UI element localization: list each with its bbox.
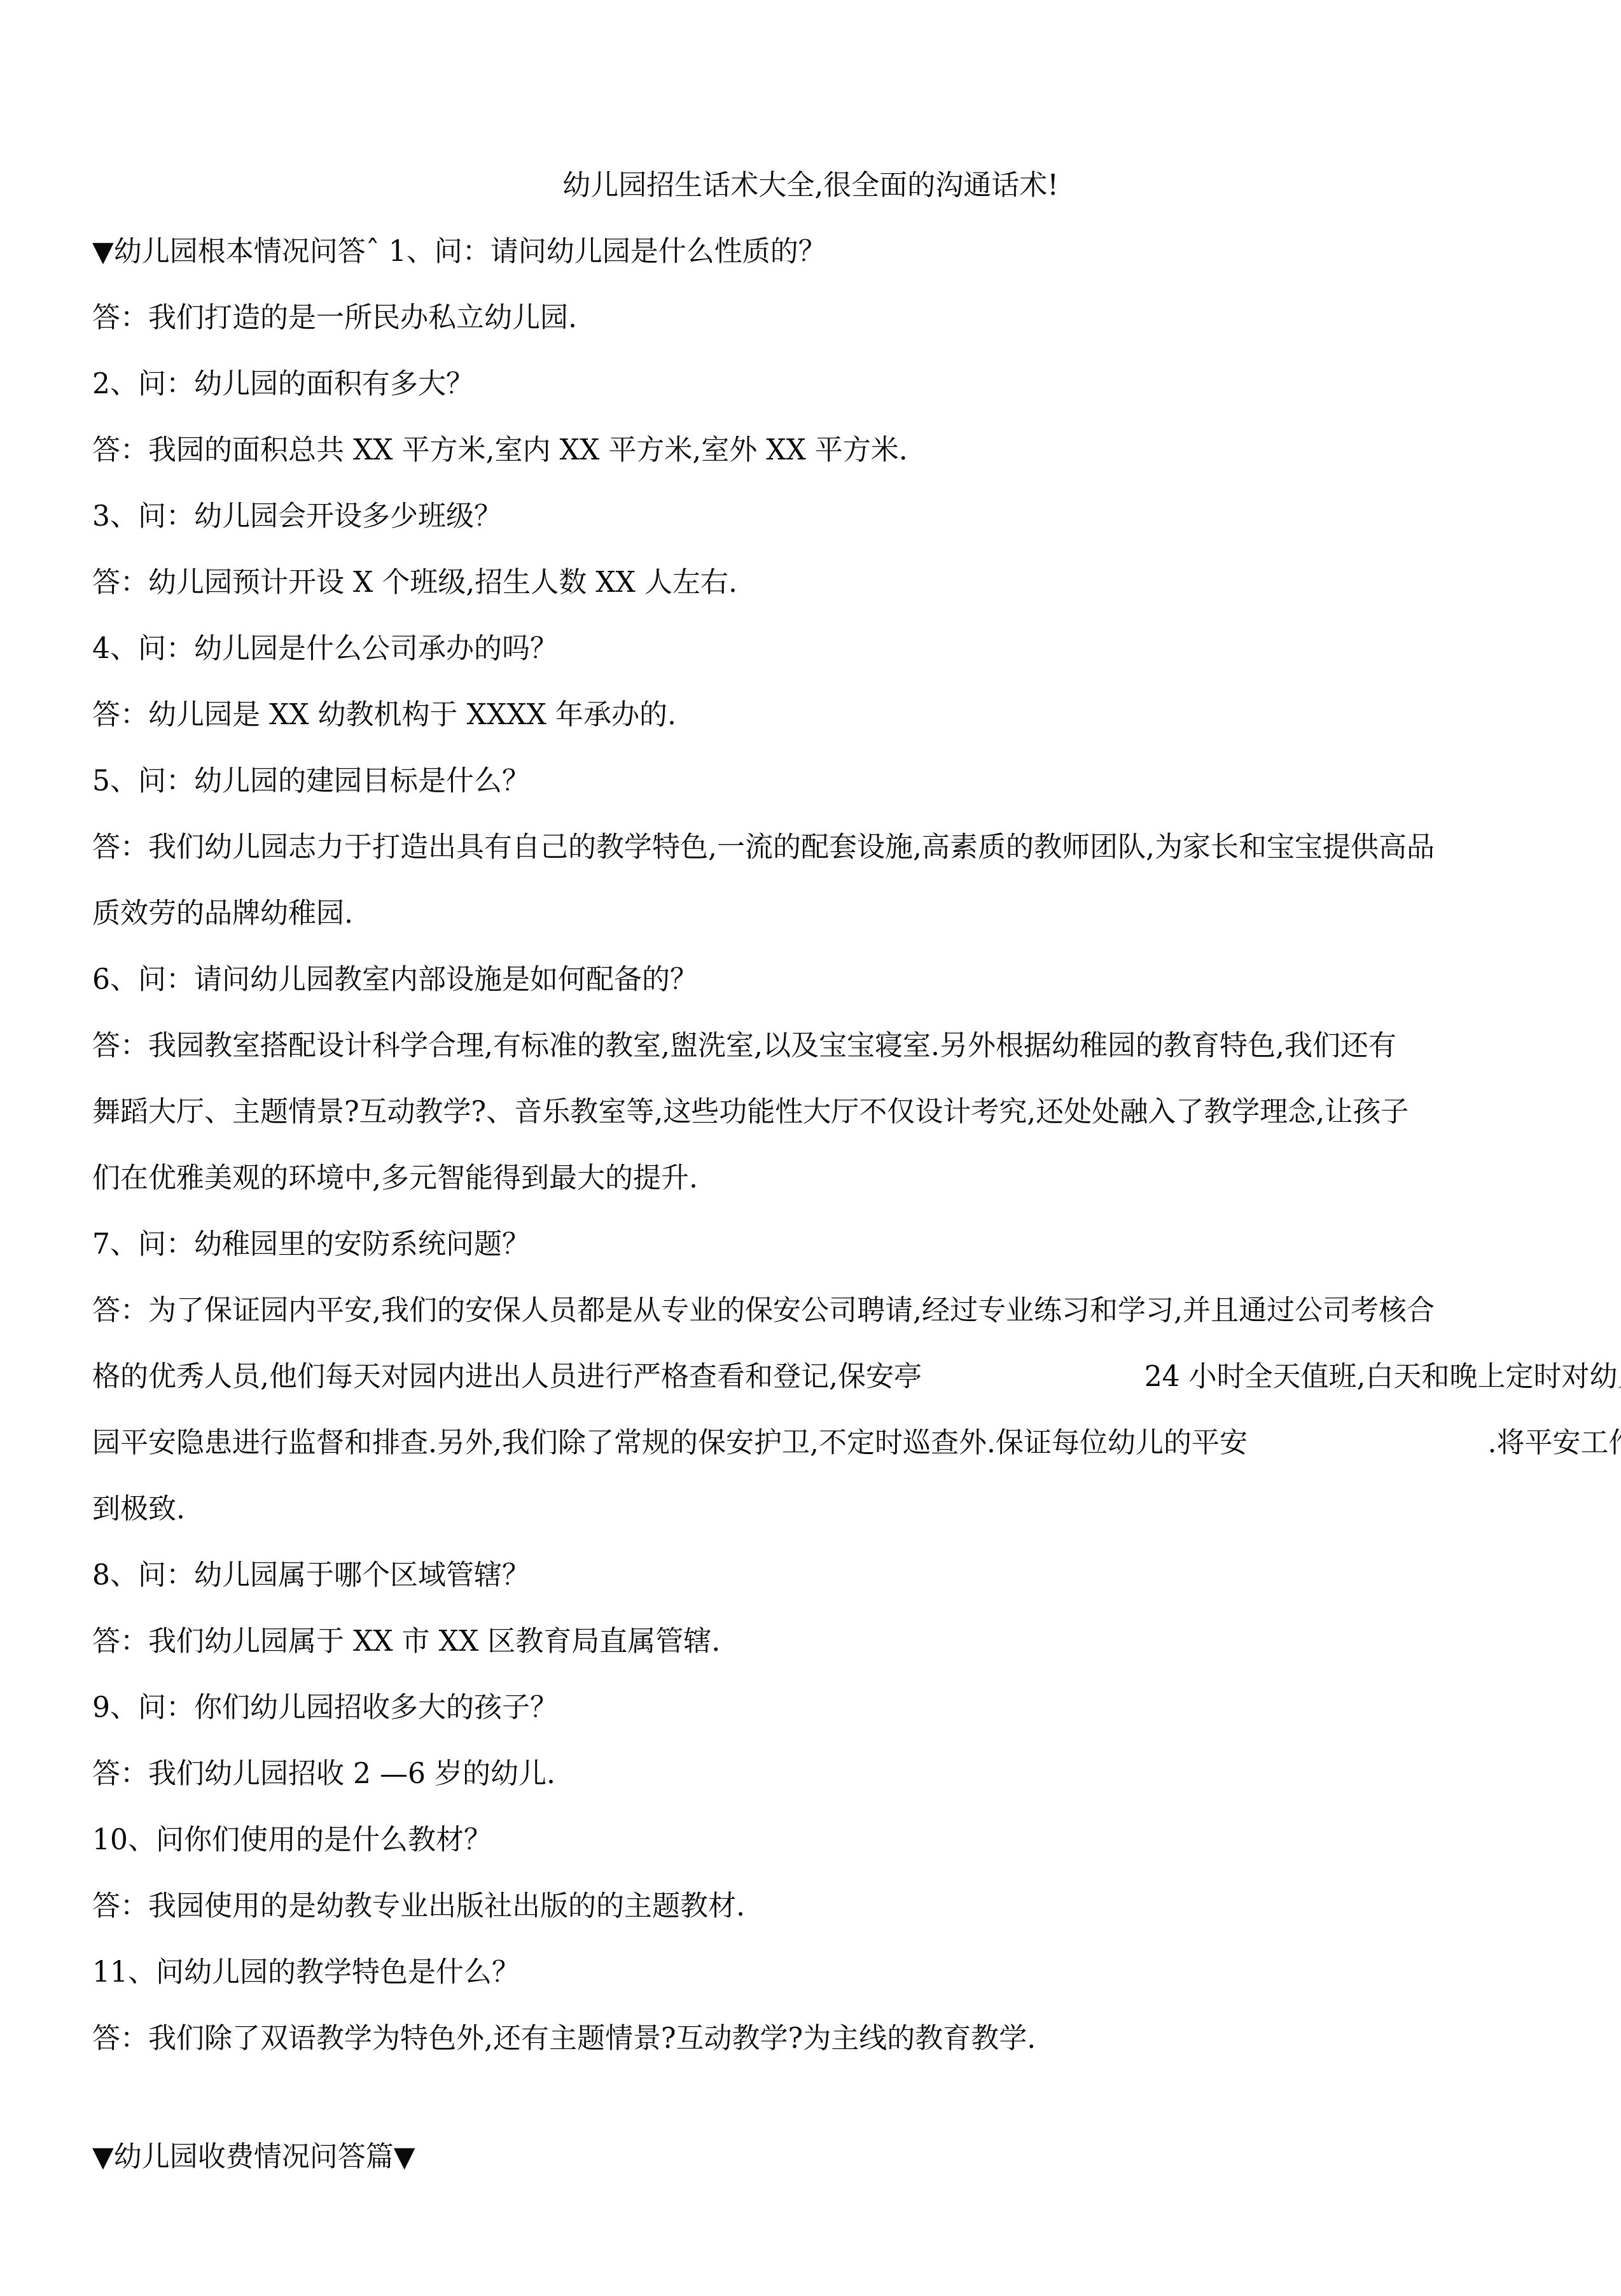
section-heading-fees: ▼幼儿园收费情况问答篇▼ <box>0 2124 1621 2190</box>
qa-line-a10: 答：我园使用的是幼教专业出版社出版的的主题教材. <box>0 1873 1621 1940</box>
qa-line-a8: 答：我们幼儿园属于 XX 市 XX 区教育局直属管辖. <box>0 1609 1621 1675</box>
qa-line-a1: 答：我们打造的是一所民办私立幼儿园. <box>0 285 1621 351</box>
qa-line-a3: 答：幼儿园预计开设 X 个班级,招生人数 XX 人左右. <box>0 550 1621 616</box>
qa-line-q5: 5、问：幼儿园的建园目标是什么？ <box>0 748 1621 815</box>
qa-line-q3: 3、问：幼儿园会开设多少班级？ <box>0 484 1621 550</box>
qa-line-a11: 答：我们除了双语教学为特色外,还有主题情景?互动教学?为主线的教育教学. <box>0 2006 1621 2072</box>
qa-line-q4: 4、问：幼儿园是什么公司承办的吗？ <box>0 616 1621 682</box>
qa-line-a6-2: 舞蹈大厅、主题情景?互动教学?、音乐教室等,这些功能性大厅不仅设计考究,还处处融… <box>0 1079 1621 1145</box>
qa-line-a7-1: 答：为了保证园内平安,我们的安保人员都是从专业的保安公司聘请,经过专业练习和学习… <box>0 1278 1621 1344</box>
qa-line-q6: 6、问：请问幼儿园教室内部设施是如何配备的？ <box>0 947 1621 1013</box>
qa-line-a5-1: 答：我们幼儿园志力于打造出具有自己的教学特色,一流的配套设施,高素质的教师团队,… <box>0 815 1621 881</box>
qa-line-a7-4: 到极致. <box>0 1476 1621 1543</box>
qa-line-a5-2: 质效劳的品牌幼稚园. <box>0 881 1621 947</box>
qa-line-a6-1: 答：我园教室搭配设计科学合理,有标准的教室,盥洗室,以及宝宝寝室.另外根据幼稚园… <box>0 1013 1621 1079</box>
qa-line-a2: 答：我园的面积总共 XX 平方米,室内 XX 平方米,室外 XX 平方米. <box>0 417 1621 484</box>
qa-line-a6-3: 们在优雅美观的环境中,多元智能得到最大的提升. <box>0 1145 1621 1212</box>
qa-line-q7: 7、问：幼稚园里的安防系统问题？ <box>0 1212 1621 1278</box>
document-title: 幼儿园招生话术大全,很全面的沟通话术! <box>0 153 1621 219</box>
qa-line-a4: 答：幼儿园是 XX 幼教机构于 XXXX 年承办的. <box>0 682 1621 748</box>
qa-line-a9: 答：我们幼儿园招收 2 —6 岁的幼儿. <box>0 1741 1621 1807</box>
qa-line-q2: 2、问：幼儿园的面积有多大？ <box>0 351 1621 417</box>
document-page: 幼儿园招生话术大全,很全面的沟通话术! ▼幼儿园根本情况问答ˆ 1、问：请问幼儿… <box>0 0 1621 2296</box>
qa-line-a7-2: 格的优秀人员,他们每天对园内进出人员进行严格查看和登记,保安亭 24 小时全天值… <box>0 1344 1621 1410</box>
qa-line-q1: ▼幼儿园根本情况问答ˆ 1、问：请问幼儿园是什么性质的？ <box>0 219 1621 285</box>
qa-line-q11: 11、问幼儿园的教学特色是什么？ <box>0 1940 1621 2006</box>
qa-line-q10: 10、问你们使用的是什么教材？ <box>0 1807 1621 1873</box>
qa-line-q9: 9、问：你们幼儿园招收多大的孩子？ <box>0 1675 1621 1741</box>
qa-line-q8: 8、问：幼儿园属于哪个区域管辖？ <box>0 1543 1621 1609</box>
qa-line-a7-3: 园平安隐患进行监督和排查.另外,我们除了常规的保安护卫,不定时巡查外.保证每位幼… <box>0 1410 1621 1476</box>
